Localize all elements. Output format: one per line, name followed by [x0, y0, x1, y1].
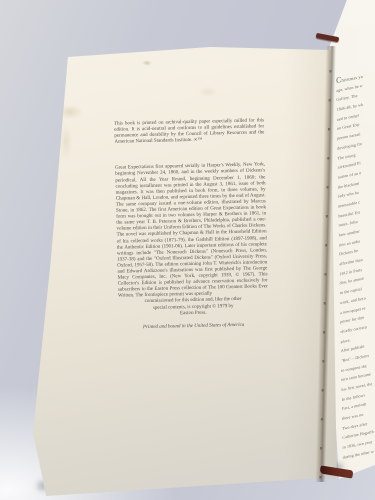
colophon-paragraph: Great Expectations first appeared serial…	[115, 163, 268, 300]
colophon-tail: commissioned for this edition and, like …	[118, 297, 268, 319]
right-page-text: Christmas yoago, when he wGallery. The18…	[336, 66, 375, 462]
colophon-text-block: This book is printed on archival-quality…	[114, 118, 269, 331]
archival-notice-paragraph: This book is printed on archival-quality…	[114, 118, 265, 146]
scene: { "scene": { "description": "photo of an…	[0, 0, 375, 500]
open-book: Christmas yoago, when he wGallery. The18…	[0, 0, 375, 500]
